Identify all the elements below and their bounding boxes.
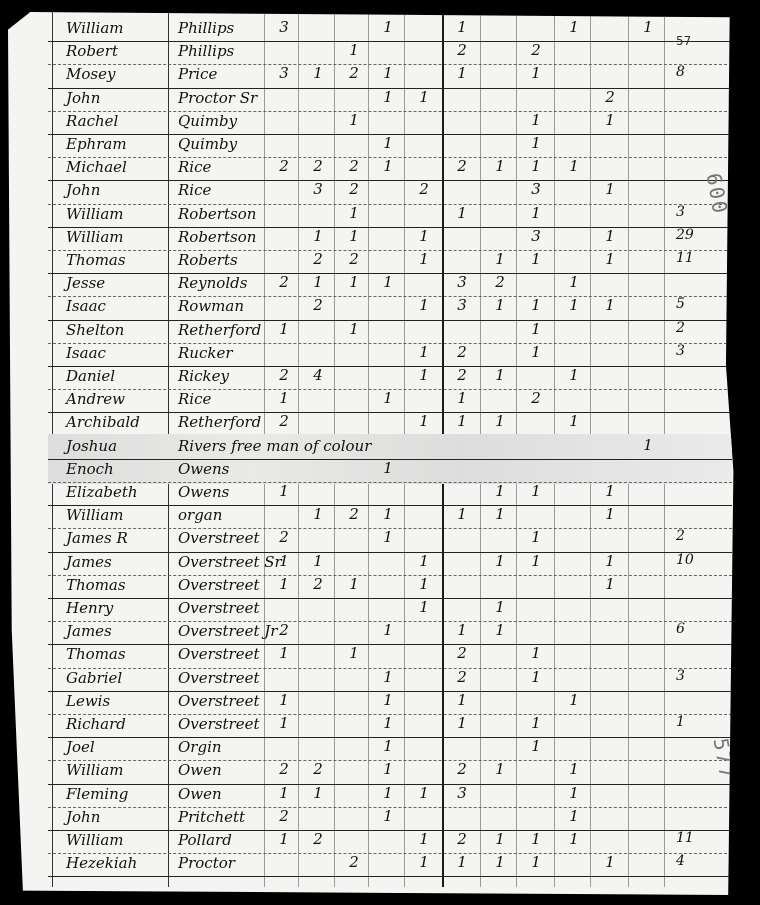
census-row: JohnProctor Sr112	[8, 88, 752, 112]
census-row: AndrewRice1112	[8, 389, 752, 413]
surname: Proctor Sr	[178, 89, 257, 107]
given-name: Jesse	[66, 274, 105, 292]
tally-mark: 2	[592, 88, 628, 106]
census-row: ThomasRoberts22111111	[8, 250, 752, 274]
tally-mark: 1	[556, 830, 592, 848]
tally-mark: 2	[482, 273, 518, 291]
given-name: Isaac	[66, 344, 106, 362]
tally-mark: 2	[518, 41, 554, 59]
census-row: Williamorgan121111	[8, 505, 752, 529]
tally-mark: 2	[336, 853, 372, 871]
tally-mark: 1	[592, 853, 628, 871]
tally-mark: 1	[406, 552, 442, 570]
tally-mark: 1	[336, 41, 372, 59]
row-total: 8	[676, 64, 685, 80]
tally-mark: 1	[300, 273, 336, 291]
given-name: Rachel	[66, 112, 118, 130]
tally-mark: 1	[370, 389, 406, 407]
surname: Rice	[178, 158, 211, 176]
tally-mark: 2	[444, 366, 480, 384]
given-name: William	[66, 761, 124, 779]
row-total: 5	[676, 296, 685, 312]
census-row: EnochOwens1	[8, 459, 752, 483]
tally-mark: 1	[266, 830, 302, 848]
census-row: WilliamPollard121211111	[8, 830, 752, 854]
tally-mark: 3	[518, 227, 554, 245]
row-total: 10	[676, 552, 694, 568]
given-name: Michael	[66, 158, 127, 176]
row-total: 6	[676, 621, 685, 637]
tally-mark: 1	[406, 343, 442, 361]
tally-mark: 1	[482, 830, 518, 848]
census-row: JamesOverstreet Jr21116	[8, 621, 752, 645]
tally-mark: 1	[370, 273, 406, 291]
tally-mark: 1	[300, 64, 336, 82]
tally-mark: 1	[444, 714, 480, 732]
tally-mark: 1	[444, 64, 480, 82]
tally-mark: 1	[336, 644, 372, 662]
surname: Owen	[178, 785, 222, 803]
census-row: LewisOverstreet1111	[8, 691, 752, 715]
tally-mark: 1	[518, 644, 554, 662]
tally-mark: 2	[266, 412, 302, 430]
tally-mark: 1	[406, 853, 442, 871]
given-name: Andrew	[66, 390, 125, 408]
given-name: Shelton	[66, 321, 124, 339]
census-row: ElizabethOwens1111	[8, 482, 752, 506]
tally-mark: 1	[406, 227, 442, 245]
tally-mark: 1	[406, 296, 442, 314]
tally-mark: 1	[592, 227, 628, 245]
tally-mark: 2	[336, 64, 372, 82]
given-name: Isaac	[66, 297, 106, 315]
tally-mark: 1	[336, 204, 372, 222]
tally-mark: 2	[300, 250, 336, 268]
tally-mark: 1	[556, 412, 592, 430]
tally-mark: 2	[444, 157, 480, 175]
surname: Phillips	[178, 19, 234, 37]
surname: Robertson	[178, 228, 256, 246]
given-name: James	[66, 553, 112, 571]
given-name: Hezekiah	[66, 854, 137, 872]
tally-mark: 1	[266, 644, 302, 662]
surname: Overstreet	[178, 529, 260, 547]
given-name: Henry	[66, 599, 113, 617]
tally-mark: 2	[336, 180, 372, 198]
given-name: Robert	[66, 42, 118, 60]
census-row: FlemingOwen111131	[8, 784, 752, 808]
row-total: 2	[676, 320, 685, 336]
census-row: ArchibaldRetherford21111	[8, 412, 752, 436]
tally-mark: 1	[556, 273, 592, 291]
tally-mark: 1	[444, 505, 480, 523]
tally-mark: 1	[482, 157, 518, 175]
surname: Pritchett	[178, 808, 245, 826]
tally-mark: 1	[518, 528, 554, 546]
census-row: IsaacRucker1213	[8, 343, 752, 367]
tally-mark: 1	[370, 528, 406, 546]
tally-mark: 1	[444, 412, 480, 430]
given-name: Elizabeth	[66, 483, 138, 501]
tally-mark: 1	[518, 111, 554, 129]
surname: Rivers free man of colour	[178, 437, 371, 455]
tally-mark: 1	[592, 296, 628, 314]
tally-mark: 1	[370, 505, 406, 523]
row-total: 1	[676, 714, 685, 730]
surname: Rice	[178, 181, 211, 199]
given-name: Gabriel	[66, 669, 122, 687]
tally-mark: 1	[592, 111, 628, 129]
tally-mark: 1	[518, 250, 554, 268]
tally-mark: 1	[518, 853, 554, 871]
census-row: James ROverstreet2112	[8, 528, 752, 552]
tally-mark: 1	[444, 18, 480, 36]
surname: Overstreet	[178, 715, 260, 733]
surname: Roberts	[178, 251, 238, 269]
row-total: 4	[676, 853, 685, 869]
given-name: Archibald	[66, 413, 140, 431]
tally-mark: 3	[518, 180, 554, 198]
tally-mark: 1	[406, 830, 442, 848]
given-name: Joshua	[66, 437, 117, 455]
surname: Reynolds	[178, 274, 247, 292]
tally-mark: 1	[370, 64, 406, 82]
census-row: JamesOverstreet Sr11111110	[8, 552, 752, 576]
tally-mark: 1	[370, 134, 406, 152]
tally-mark: 3	[266, 18, 302, 36]
tally-mark: 1	[444, 621, 480, 639]
tally-mark: 1	[266, 691, 302, 709]
tally-mark: 1	[518, 737, 554, 755]
tally-mark: 1	[406, 598, 442, 616]
tally-mark: 1	[556, 784, 592, 802]
tally-mark: 1	[630, 18, 666, 36]
census-row: WilliamRobertson1113	[8, 204, 752, 228]
tally-mark: 2	[336, 505, 372, 523]
tally-mark: 1	[336, 320, 372, 338]
tally-mark: 2	[444, 830, 480, 848]
given-name: Mosey	[66, 65, 115, 83]
given-name: John	[66, 808, 100, 826]
tally-mark: 1	[406, 88, 442, 106]
surname: Robertson	[178, 205, 256, 223]
tally-mark: 1	[518, 134, 554, 152]
tally-mark: 1	[518, 204, 554, 222]
tally-mark: 2	[444, 41, 480, 59]
surname: Retherford	[178, 321, 261, 339]
given-name: John	[66, 181, 100, 199]
given-name: Thomas	[66, 576, 126, 594]
given-name: William	[66, 205, 124, 223]
tally-mark: 1	[482, 366, 518, 384]
tally-mark: 4	[300, 366, 336, 384]
tally-mark: 1	[370, 807, 406, 825]
census-row: WilliamRobertson1113129	[8, 227, 752, 251]
tally-mark: 1	[370, 784, 406, 802]
surname: Overstreet Jr	[178, 622, 277, 640]
tally-mark: 1	[482, 482, 518, 500]
tally-mark: 1	[444, 204, 480, 222]
census-row: GabrielOverstreet1213	[8, 668, 752, 692]
tally-mark: 1	[482, 621, 518, 639]
tally-mark: 1	[370, 668, 406, 686]
tally-mark: 1	[482, 412, 518, 430]
given-name: Fleming	[66, 785, 128, 803]
tally-mark: 1	[300, 505, 336, 523]
tally-mark: 1	[266, 784, 302, 802]
tally-mark: 3	[444, 296, 480, 314]
tally-mark: 1	[518, 320, 554, 338]
census-row: JohnPritchett211	[8, 807, 752, 831]
surname: Overstreet	[178, 576, 260, 594]
census-row: HenryOverstreet11	[8, 598, 752, 622]
stamped-number: 57	[676, 34, 691, 48]
census-row: EphramQuimby11	[8, 134, 752, 158]
surname: Retherford	[178, 413, 261, 431]
tally-mark: 3	[300, 180, 336, 198]
given-name: Lewis	[66, 692, 110, 710]
row-total: 3	[676, 668, 685, 684]
tally-mark: 2	[518, 389, 554, 407]
tally-mark: 1	[300, 784, 336, 802]
tally-mark: 1	[518, 296, 554, 314]
tally-mark: 1	[370, 88, 406, 106]
given-name: James	[66, 622, 112, 640]
tally-mark: 2	[300, 157, 336, 175]
tally-mark: 1	[406, 784, 442, 802]
tally-mark: 1	[592, 505, 628, 523]
surname: Overstreet	[178, 692, 260, 710]
given-name: Enoch	[66, 460, 114, 478]
census-row: RichardOverstreet11111	[8, 714, 752, 738]
tally-mark: 1	[370, 714, 406, 732]
tally-mark: 1	[370, 18, 406, 36]
row-total: 11	[676, 250, 694, 266]
tally-mark: 1	[518, 482, 554, 500]
surname: Quimby	[178, 135, 237, 153]
census-row: DanielRickey241211	[8, 366, 752, 390]
tally-mark: 1	[300, 552, 336, 570]
surname: Rickey	[178, 367, 229, 385]
given-name: Joel	[66, 738, 95, 756]
tally-mark: 1	[370, 157, 406, 175]
tally-mark: 2	[336, 250, 372, 268]
tally-mark: 2	[266, 273, 302, 291]
census-row: JesseReynolds2111321	[8, 273, 752, 297]
row-total: 3	[676, 204, 685, 220]
tally-mark: 1	[444, 389, 480, 407]
surname: Price	[178, 65, 217, 83]
census-row: WilliamOwen221211	[8, 760, 752, 784]
tally-mark: 2	[266, 760, 302, 778]
row-total: 3	[676, 343, 685, 359]
tally-mark: 2	[300, 760, 336, 778]
surname: Owen	[178, 761, 222, 779]
census-row: RachelQuimby111	[8, 111, 752, 135]
tally-mark: 1	[444, 691, 480, 709]
tally-mark: 1	[370, 459, 406, 477]
surname: Quimby	[178, 112, 237, 130]
tally-mark: 2	[444, 760, 480, 778]
tally-mark: 2	[266, 528, 302, 546]
tally-mark: 2	[300, 830, 336, 848]
tally-mark: 1	[370, 760, 406, 778]
tally-mark: 1	[482, 505, 518, 523]
tally-mark: 1	[266, 482, 302, 500]
tally-mark: 1	[592, 575, 628, 593]
census-row: JohnRice32231	[8, 180, 752, 204]
tally-mark: 2	[336, 157, 372, 175]
surname: Owens	[178, 460, 229, 478]
given-name: John	[66, 89, 100, 107]
tally-mark: 1	[482, 552, 518, 570]
tally-mark: 1	[482, 598, 518, 616]
tally-mark: 2	[300, 296, 336, 314]
tally-mark: 1	[266, 320, 302, 338]
tally-mark: 1	[592, 180, 628, 198]
tally-mark: 1	[300, 227, 336, 245]
surname: Overstreet	[178, 645, 260, 663]
tally-mark: 1	[518, 830, 554, 848]
census-row: WilliamPhillips31111	[8, 18, 752, 42]
tally-mark: 1	[336, 575, 372, 593]
census-row: RobertPhillips122	[8, 41, 752, 65]
tally-mark: 1	[592, 482, 628, 500]
surname: Orgin	[178, 738, 222, 756]
surname: Pollard	[178, 831, 232, 849]
census-row: ThomasOverstreet12111	[8, 575, 752, 599]
census-row: JoshuaRivers free man of colour1	[8, 436, 752, 460]
tally-mark: 1	[266, 575, 302, 593]
given-name: Daniel	[66, 367, 115, 385]
surname: organ	[178, 506, 222, 524]
row-total: 29	[676, 227, 694, 243]
tally-mark: 1	[592, 552, 628, 570]
surname: Rice	[178, 390, 211, 408]
tally-mark: 1	[556, 366, 592, 384]
given-name: James R	[66, 529, 128, 547]
tally-mark: 1	[336, 111, 372, 129]
surname: Owens	[178, 483, 229, 501]
tally-mark: 1	[370, 621, 406, 639]
tally-mark: 2	[444, 343, 480, 361]
census-row: SheltonRetherford1112	[8, 320, 752, 344]
tally-mark: 1	[556, 807, 592, 825]
tally-mark: 1	[266, 714, 302, 732]
tally-mark: 1	[406, 412, 442, 430]
given-name: William	[66, 506, 124, 524]
tally-mark: 1	[370, 691, 406, 709]
tally-mark: 1	[266, 389, 302, 407]
tally-mark: 2	[406, 180, 442, 198]
tally-mark: 1	[518, 157, 554, 175]
tally-mark: 1	[556, 296, 592, 314]
tally-mark: 1	[482, 760, 518, 778]
tally-mark: 1	[518, 714, 554, 732]
census-row: HezekiahProctor2111114	[8, 853, 752, 877]
surname: Overstreet	[178, 669, 260, 687]
census-row: ThomasOverstreet1121	[8, 644, 752, 668]
row-total: 11	[676, 830, 694, 846]
surname: Overstreet	[178, 599, 260, 617]
given-name: Ephram	[66, 135, 127, 153]
tally-mark: 1	[556, 760, 592, 778]
tally-mark: 1	[336, 273, 372, 291]
tally-mark: 1	[482, 250, 518, 268]
tally-mark: 1	[592, 250, 628, 268]
census-row: JoelOrgin11	[8, 737, 752, 761]
tally-mark: 2	[266, 621, 302, 639]
given-name: Richard	[66, 715, 126, 733]
tally-mark: 2	[444, 644, 480, 662]
tally-mark: 3	[266, 64, 302, 82]
tally-mark: 1	[556, 157, 592, 175]
tally-mark: 1	[444, 853, 480, 871]
census-row: MoseyPrice3121118	[8, 64, 752, 88]
tally-mark: 1	[370, 737, 406, 755]
tally-mark: 2	[444, 668, 480, 686]
tally-mark: 1	[556, 691, 592, 709]
census-page: WilliamPhillips31111RobertPhillips122Mos…	[8, 12, 752, 895]
tally-mark: 1	[518, 668, 554, 686]
given-name: William	[66, 228, 124, 246]
surname: Proctor	[178, 854, 235, 872]
census-row: MichaelRice22212111	[8, 157, 752, 181]
tally-mark: 2	[266, 807, 302, 825]
tally-mark: 1	[406, 250, 442, 268]
tally-mark: 1	[482, 296, 518, 314]
tally-mark: 2	[266, 157, 302, 175]
surname: Rowman	[178, 297, 244, 315]
tally-mark: 1	[518, 343, 554, 361]
tally-mark: 1	[482, 853, 518, 871]
tally-mark: 1	[630, 436, 666, 454]
census-row: IsaacRowman21311115	[8, 296, 752, 320]
tally-mark: 1	[336, 227, 372, 245]
given-name: William	[66, 19, 124, 37]
tally-mark: 3	[444, 273, 480, 291]
surname: Phillips	[178, 42, 234, 60]
tally-mark: 2	[266, 366, 302, 384]
tally-mark: 1	[266, 552, 302, 570]
tally-mark: 1	[518, 552, 554, 570]
tally-mark: 2	[300, 575, 336, 593]
tally-mark: 1	[518, 64, 554, 82]
given-name: Thomas	[66, 251, 126, 269]
tally-mark: 3	[444, 784, 480, 802]
surname: Rucker	[178, 344, 233, 362]
tally-mark: 1	[556, 18, 592, 36]
row-total: 2	[676, 528, 685, 544]
tally-mark: 1	[406, 366, 442, 384]
tally-mark: 1	[406, 575, 442, 593]
given-name: William	[66, 831, 124, 849]
given-name: Thomas	[66, 645, 126, 663]
